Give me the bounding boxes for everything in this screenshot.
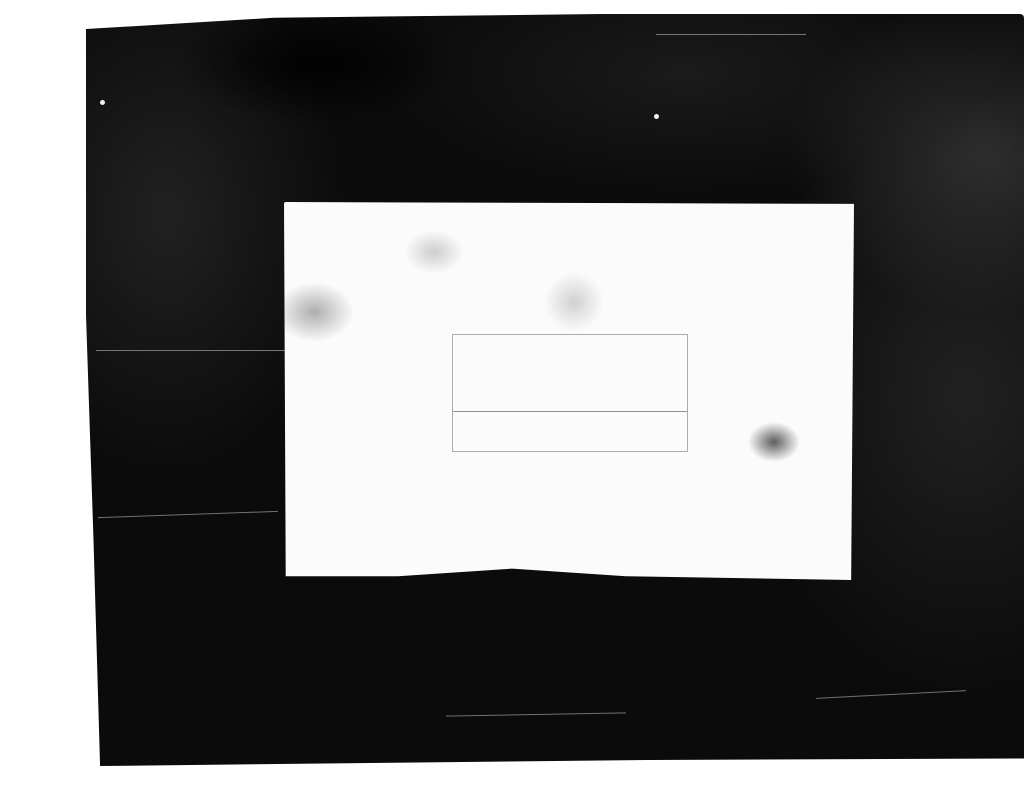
cover-speck: [100, 100, 105, 105]
cover-crease: [656, 34, 806, 35]
label-divider: [453, 411, 687, 412]
label-frame: [452, 334, 688, 452]
cover-crease: [446, 712, 626, 716]
cover-speck: [654, 114, 659, 119]
cover-crease: [98, 511, 278, 518]
cover-speck: [890, 8, 894, 12]
cover-label: [284, 202, 854, 580]
cover-crease: [816, 690, 966, 699]
cover-crease: [96, 350, 296, 351]
